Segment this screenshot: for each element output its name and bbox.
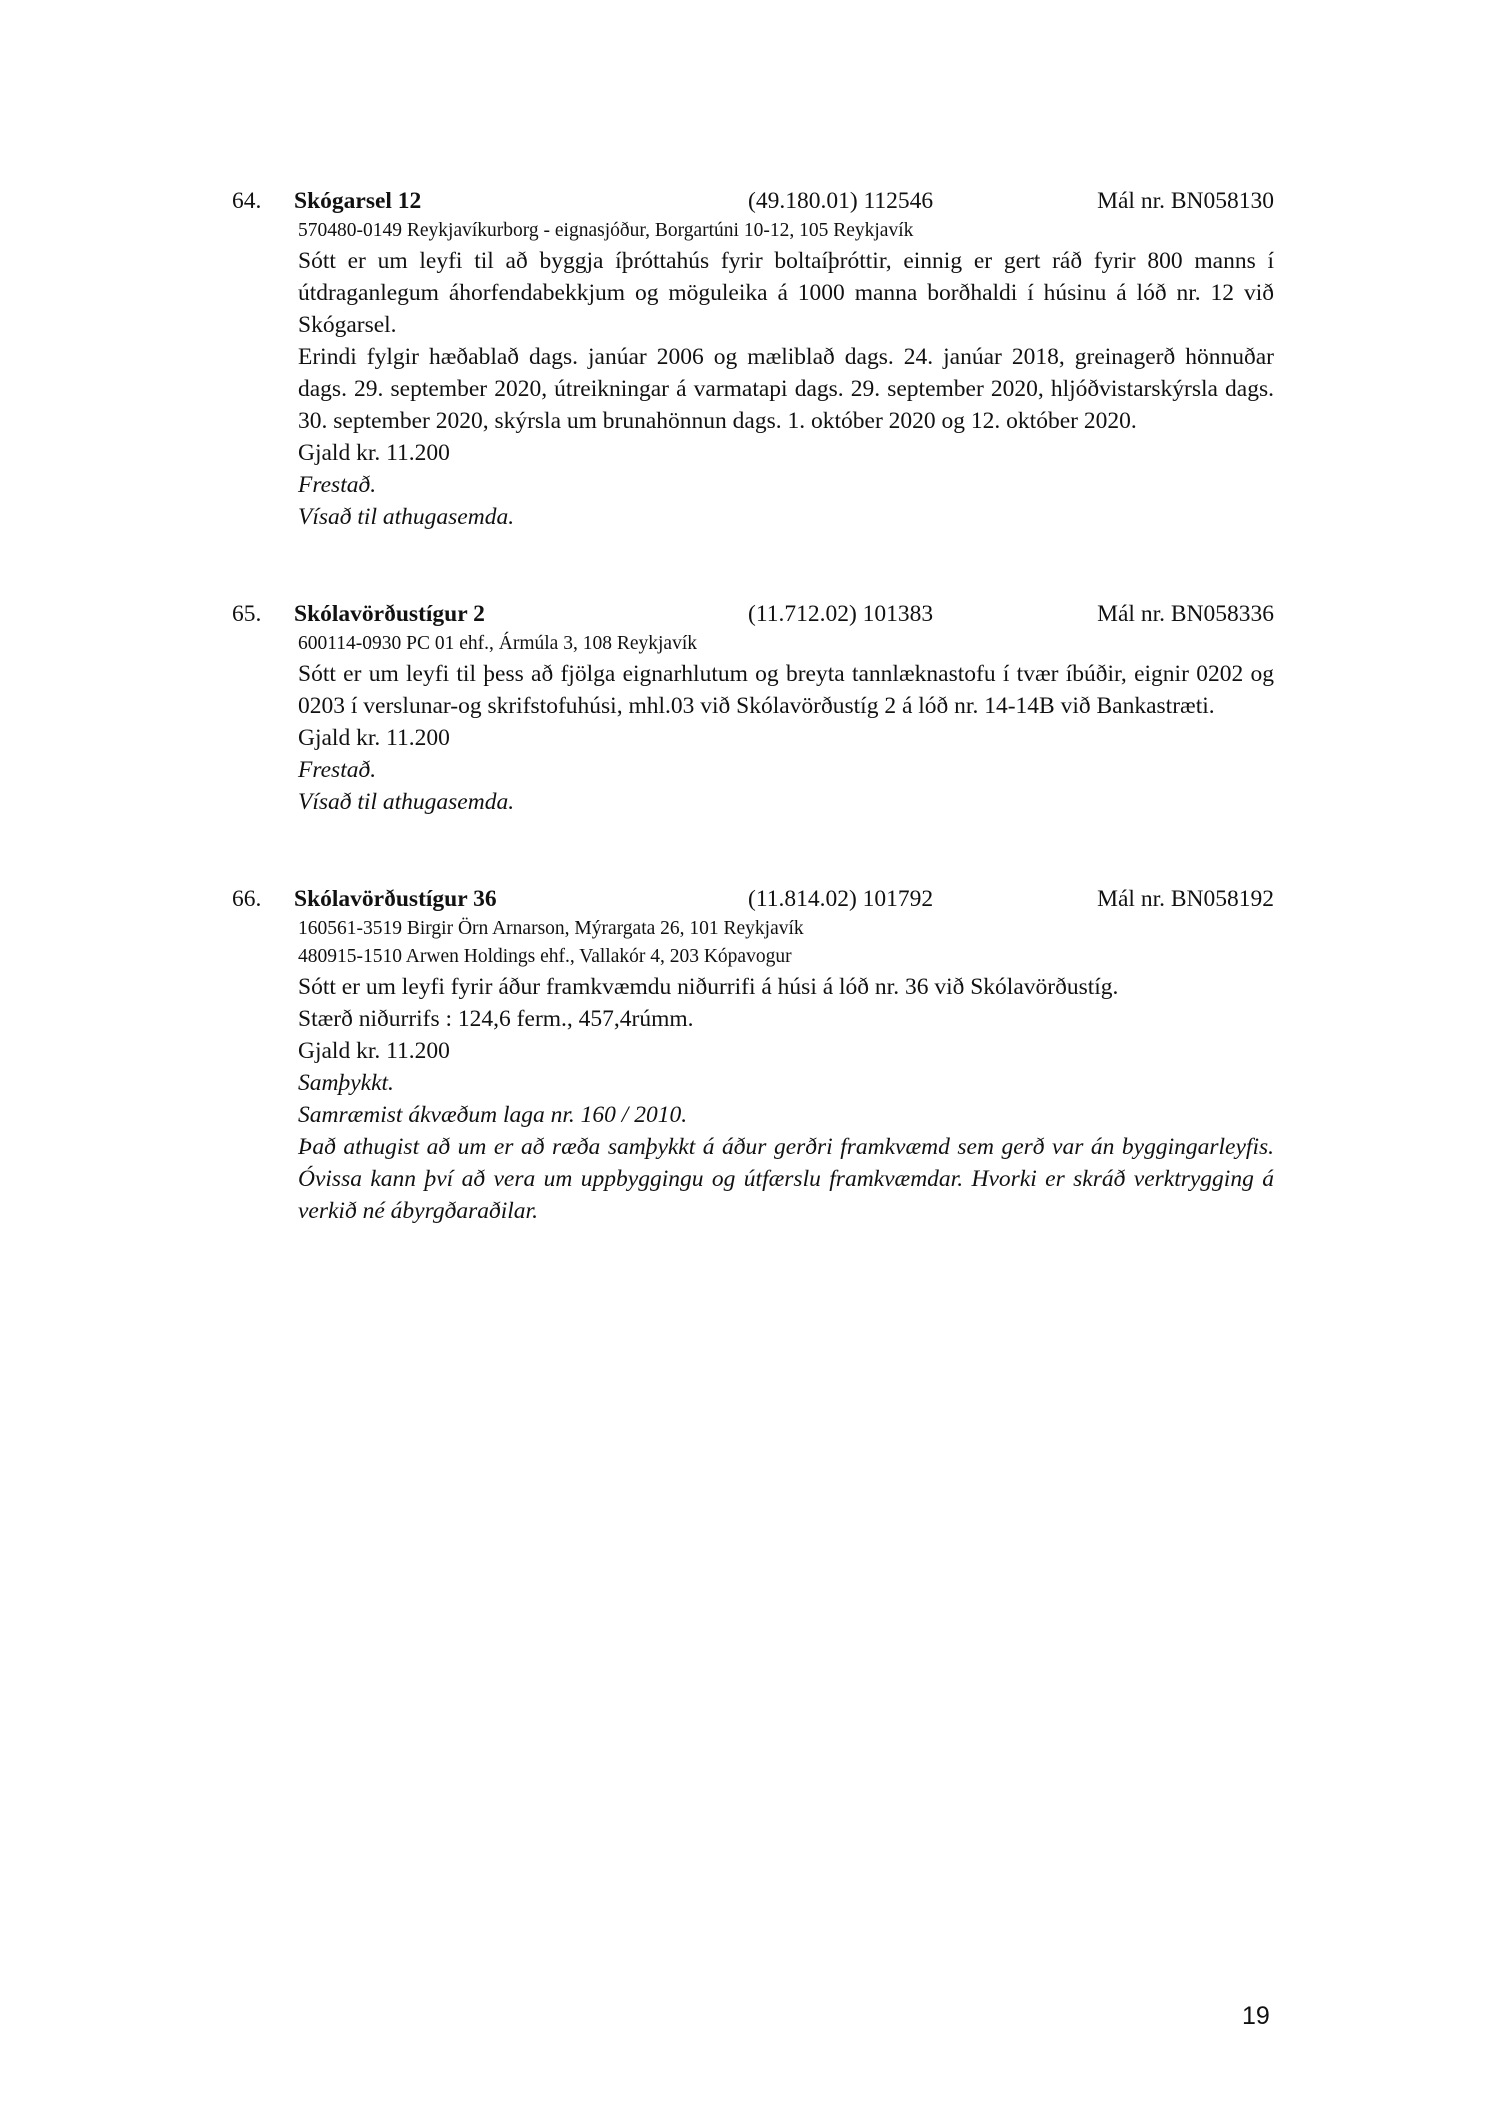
case-number: Mál nr. BN058336 [1097,598,1274,630]
entry-remark: Það athugist að um er að ræða samþykkt á… [298,1131,1274,1227]
entry-fee: Gjald kr. 11.200 [298,1035,1274,1067]
entry-decision: Frestað. [298,469,1274,501]
entry-attachments: Erindi fylgir hæðablað dags. janúar 2006… [298,341,1274,437]
entry-number: 64. [232,185,261,217]
entry-description: Sótt er um leyfi fyrir áður framkvæmdu n… [298,971,1274,1003]
applicant-line: 600114-0930 PC 01 ehf., Ármúla 3, 108 Re… [298,630,1274,658]
entry-decision: Samþykkt. [298,1067,1274,1099]
entry-decision-note: Vísað til athugasemda. [298,786,1274,818]
entry-header: 64. Skógarsel 12 (49.180.01) 112546 Mál … [232,185,1274,217]
entry-size-note: Stærð niðurrifs : 124,6 ferm., 457,4rúmm… [298,1003,1274,1035]
applicant-line: 570480-0149 Reykjavíkurborg - eignasjóðu… [298,217,1274,245]
entry-decision-note: Samræmist ákvæðum laga nr. 160 / 2010. [298,1099,1274,1131]
entry-body: 570480-0149 Reykjavíkurborg - eignasjóðu… [298,217,1274,533]
entry-fee: Gjald kr. 11.200 [298,722,1274,754]
applicant-line: 480915-1510 Arwen Holdings ehf., Vallakó… [298,943,1274,971]
case-number: Mál nr. BN058130 [1097,185,1274,217]
property-reference: (11.814.02) 101792 [748,883,933,915]
applicant-line: 160561-3519 Birgir Örn Arnarson, Mýrarga… [298,915,1274,943]
entry-body: 160561-3519 Birgir Örn Arnarson, Mýrarga… [298,915,1274,1227]
case-entry: 66. Skólavörðustígur 36 (11.814.02) 1017… [232,883,1274,1227]
entry-header: 65. Skólavörðustígur 2 (11.712.02) 10138… [232,598,1274,630]
entry-body: 600114-0930 PC 01 ehf., Ármúla 3, 108 Re… [298,630,1274,818]
entry-header: 66. Skólavörðustígur 36 (11.814.02) 1017… [232,883,1274,915]
entry-title: Skólavörðustígur 36 [294,883,497,915]
entry-number: 65. [232,598,261,630]
entry-description: Sótt er um leyfi til þess að fjölga eign… [298,658,1274,722]
entry-decision-note: Vísað til athugasemda. [298,501,1274,533]
property-reference: (11.712.02) 101383 [748,598,933,630]
property-reference: (49.180.01) 112546 [748,185,933,217]
entry-decision: Frestað. [298,754,1274,786]
case-entry: 65. Skólavörðustígur 2 (11.712.02) 10138… [232,598,1274,818]
entry-number: 66. [232,883,261,915]
document-page: 64. Skógarsel 12 (49.180.01) 112546 Mál … [0,0,1500,2122]
entry-title: Skólavörðustígur 2 [294,598,485,630]
case-number: Mál nr. BN058192 [1097,883,1274,915]
page-number: 19 [1242,2000,1270,2032]
case-entry: 64. Skógarsel 12 (49.180.01) 112546 Mál … [232,185,1274,533]
entry-description: Sótt er um leyfi til að byggja íþróttahú… [298,245,1274,341]
entry-fee: Gjald kr. 11.200 [298,437,1274,469]
entry-title: Skógarsel 12 [294,185,421,217]
